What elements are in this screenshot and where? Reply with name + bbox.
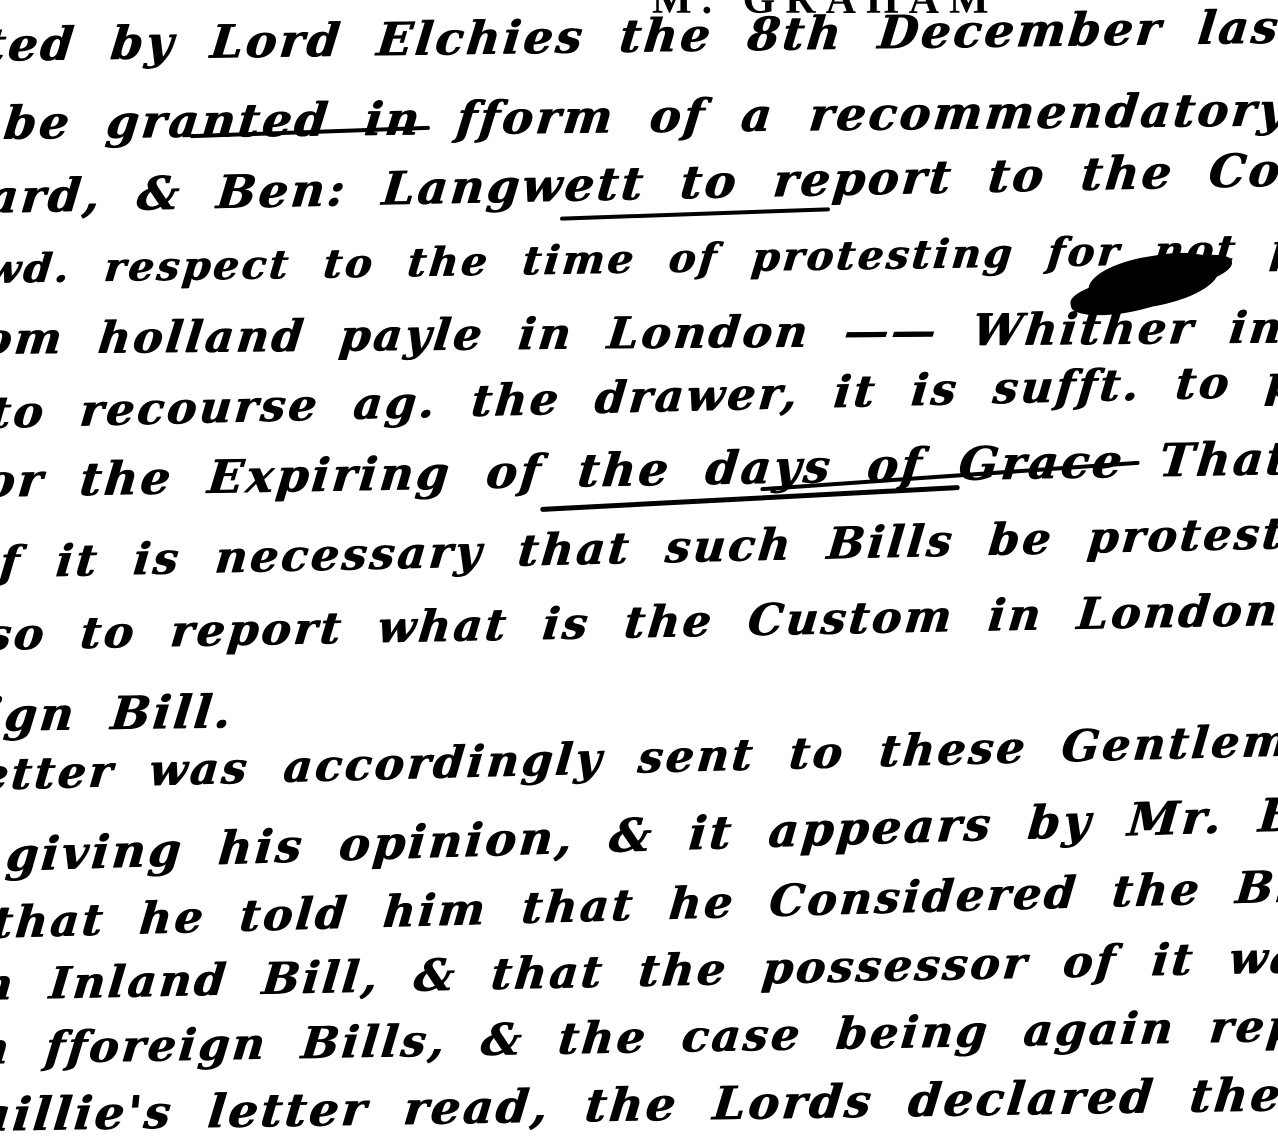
manuscript-line: so to report what is the Custom in Londo… — [0, 583, 1278, 661]
manuscript-line: wd. respect to the time of protesting fo… — [0, 223, 1278, 293]
manuscript-line: be granted in fform of a recommendatory … — [1, 81, 1278, 150]
manuscript-line: om holland payle in London —— Whither in… — [0, 301, 1278, 365]
manuscript-line: ign Bill. — [0, 684, 236, 742]
manuscript-line: or the Expiring of the days of Grace Tha… — [0, 430, 1278, 508]
manuscript-page: M. GRAHAM ted by Lord Elchies the 8th De… — [0, 0, 1278, 1142]
manuscript-line: to recourse ag. the drawer, it is sufft.… — [0, 353, 1278, 440]
manuscript-line: n fforeign Bills, & the case being again… — [0, 1000, 1278, 1075]
manuscript-line: if it is necessary that such Bills be pr… — [0, 508, 1278, 589]
manuscript-line: ard, & Ben: Langwett to report to the Co… — [0, 139, 1278, 224]
manuscript-line: ted by Lord Elchies the 8th December las… — [0, 0, 1278, 72]
manuscript-line: aillie's letter read, the Lords declared… — [0, 1065, 1278, 1142]
